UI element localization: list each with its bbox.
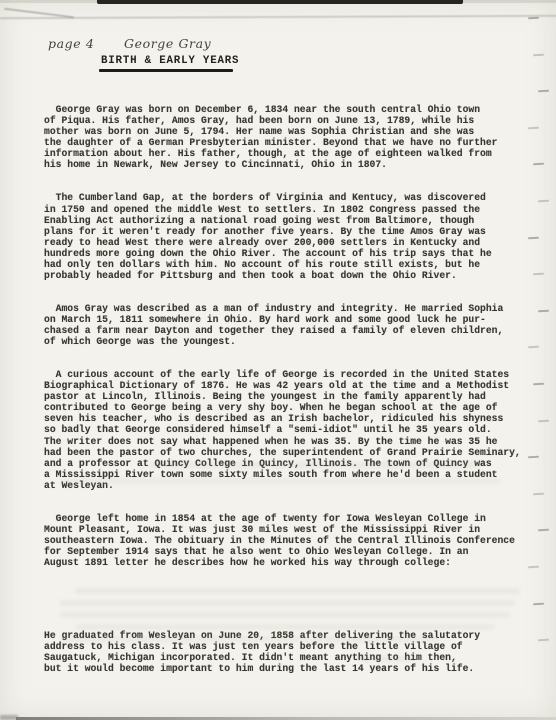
bleedthrough-text-smudge [150, 462, 480, 468]
scan-dash-mark [538, 200, 549, 203]
body-paragraph: The Cumberland Gap, at the borders of Vi… [44, 192, 544, 280]
body-paragraph: A curious account of the early life of G… [44, 369, 544, 491]
scan-dash-mark [538, 310, 549, 313]
document-subject-name: George Gray [124, 36, 211, 51]
scan-dash-mark [533, 493, 544, 496]
page-header: page 4 George Gray [0, 36, 556, 52]
body-paragraph: George Gray was born on December 6, 1834… [44, 104, 544, 170]
bleedthrough-text-smudge [75, 588, 520, 594]
paper-crease-line [0, 15, 556, 19]
body-paragraph: Amos Gray was described as a man of indu… [44, 303, 544, 347]
scanned-document-page: page 4 George Gray BIRTH & EARLY YEARS G… [0, 0, 556, 720]
scan-dash-mark [528, 236, 539, 239]
scan-dash-mark [528, 127, 539, 130]
bleedthrough-text-smudge [355, 656, 415, 661]
bleedthrough-text-smudge [60, 612, 510, 618]
bleedthrough-text-smudge [75, 624, 495, 630]
scan-dash-mark [533, 602, 544, 605]
bleedthrough-text-smudge [60, 636, 440, 642]
body-paragraph: George left home in 1854 at the age of t… [44, 513, 544, 568]
bottom-left-smudge [0, 715, 18, 720]
scan-dash-mark [538, 419, 549, 422]
bleedthrough-text-smudge [60, 600, 515, 606]
bleedthrough-text-smudge [60, 478, 500, 484]
page-number-label: page 4 [48, 36, 94, 51]
section-heading: BIRTH & EARLY YEARS [101, 55, 239, 67]
scan-dash-mark [533, 53, 544, 56]
scan-dash-mark [528, 17, 539, 20]
heading-underline [99, 69, 233, 72]
top-edge-binding-mark [97, 0, 463, 4]
